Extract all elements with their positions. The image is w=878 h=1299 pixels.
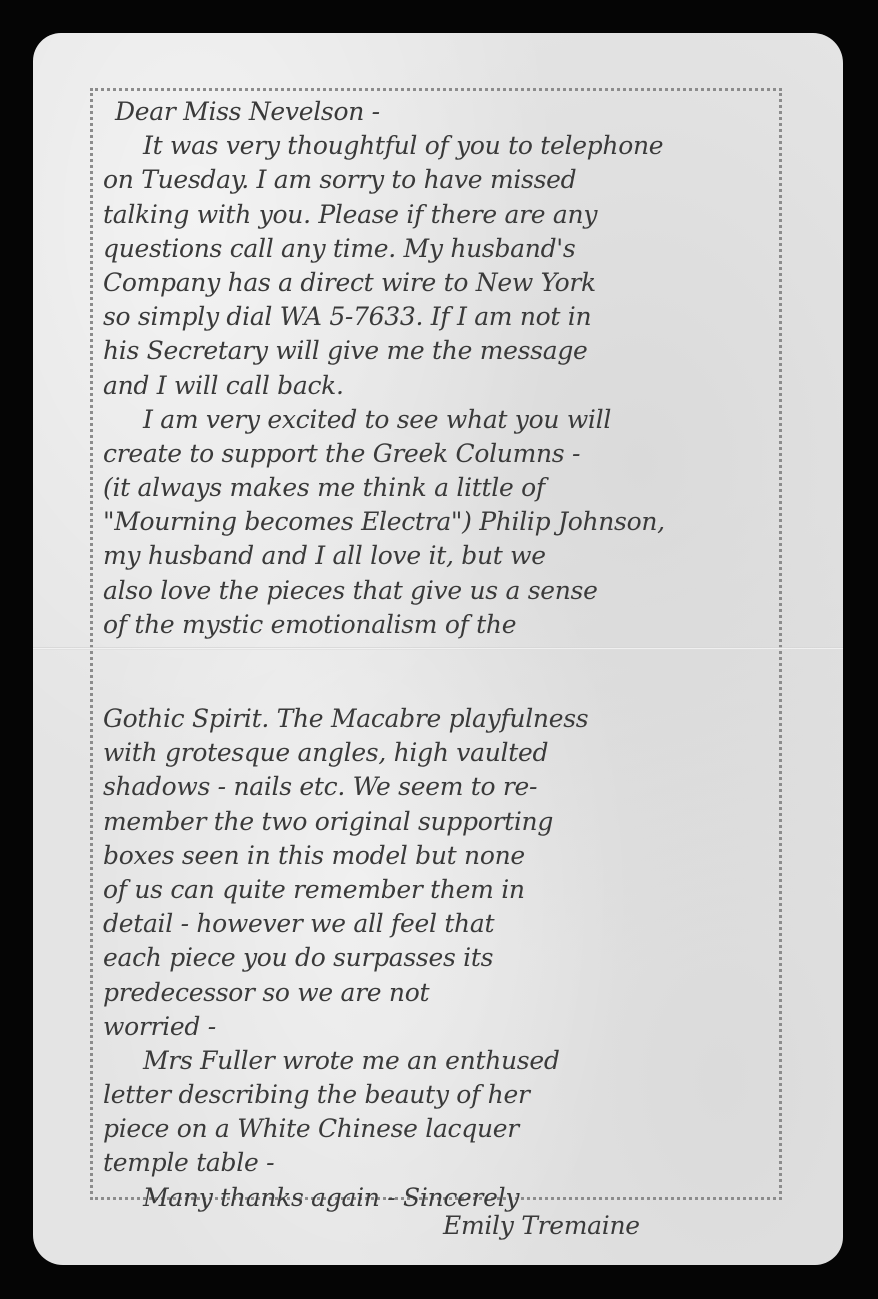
letter-line: talking with you. Please if there are an…: [103, 198, 783, 232]
letter-line: my husband and I all love it, but we: [103, 539, 783, 573]
letter-line: with grotesque angles, high vaulted: [103, 736, 783, 770]
letter-line: his Secretary will give me the message: [103, 334, 783, 368]
letter-line: shadows - nails etc. We seem to re-: [103, 770, 783, 804]
letter-line: piece on a White Chinese lacquer: [103, 1112, 783, 1146]
letter-line: Mrs Fuller wrote me an enthused: [103, 1044, 783, 1078]
salutation: Dear Miss Nevelson -: [103, 95, 783, 129]
letter-line: and I will call back.: [103, 369, 783, 403]
letter-line: (it always makes me think a little of: [103, 471, 783, 505]
letter-paper: Dear Miss Nevelson - It was very thought…: [33, 33, 843, 1265]
letter-line: Company has a direct wire to New York: [103, 266, 783, 300]
letter-line: so simply dial WA 5-7633. If I am not in: [103, 300, 783, 334]
letter-line: detail - however we all feel that: [103, 907, 783, 941]
letter-line: temple table -: [103, 1146, 783, 1180]
letter-line: predecessor so we are not: [103, 976, 783, 1010]
letter-line: member the two original supporting: [103, 805, 783, 839]
letter-line: It was very thoughtful of you to telepho…: [103, 129, 783, 163]
letter-line: of us can quite remember them in: [103, 873, 783, 907]
letter-line: Gothic Spirit. The Macabre playfulness: [103, 702, 783, 736]
letter-line: on Tuesday. I am sorry to have missed: [103, 163, 783, 197]
letter-line: each piece you do surpasses its: [103, 941, 783, 975]
letter-line: worried -: [103, 1010, 783, 1044]
letter-line: of the mystic emotionalism of the: [103, 608, 783, 642]
letter-line: I am very excited to see what you will: [103, 403, 783, 437]
letter-line: letter describing the beauty of her: [103, 1078, 783, 1112]
fold-gap: [103, 642, 783, 702]
letter-line: create to support the Greek Columns -: [103, 437, 783, 471]
letter-body: Dear Miss Nevelson - It was very thought…: [103, 95, 783, 1243]
letter-line: questions call any time. My husband's: [103, 232, 783, 266]
letter-line: also love the pieces that give us a sens…: [103, 574, 783, 608]
letter-line: boxes seen in this model but none: [103, 839, 783, 873]
letter-line: "Mourning becomes Electra") Philip Johns…: [103, 505, 783, 539]
